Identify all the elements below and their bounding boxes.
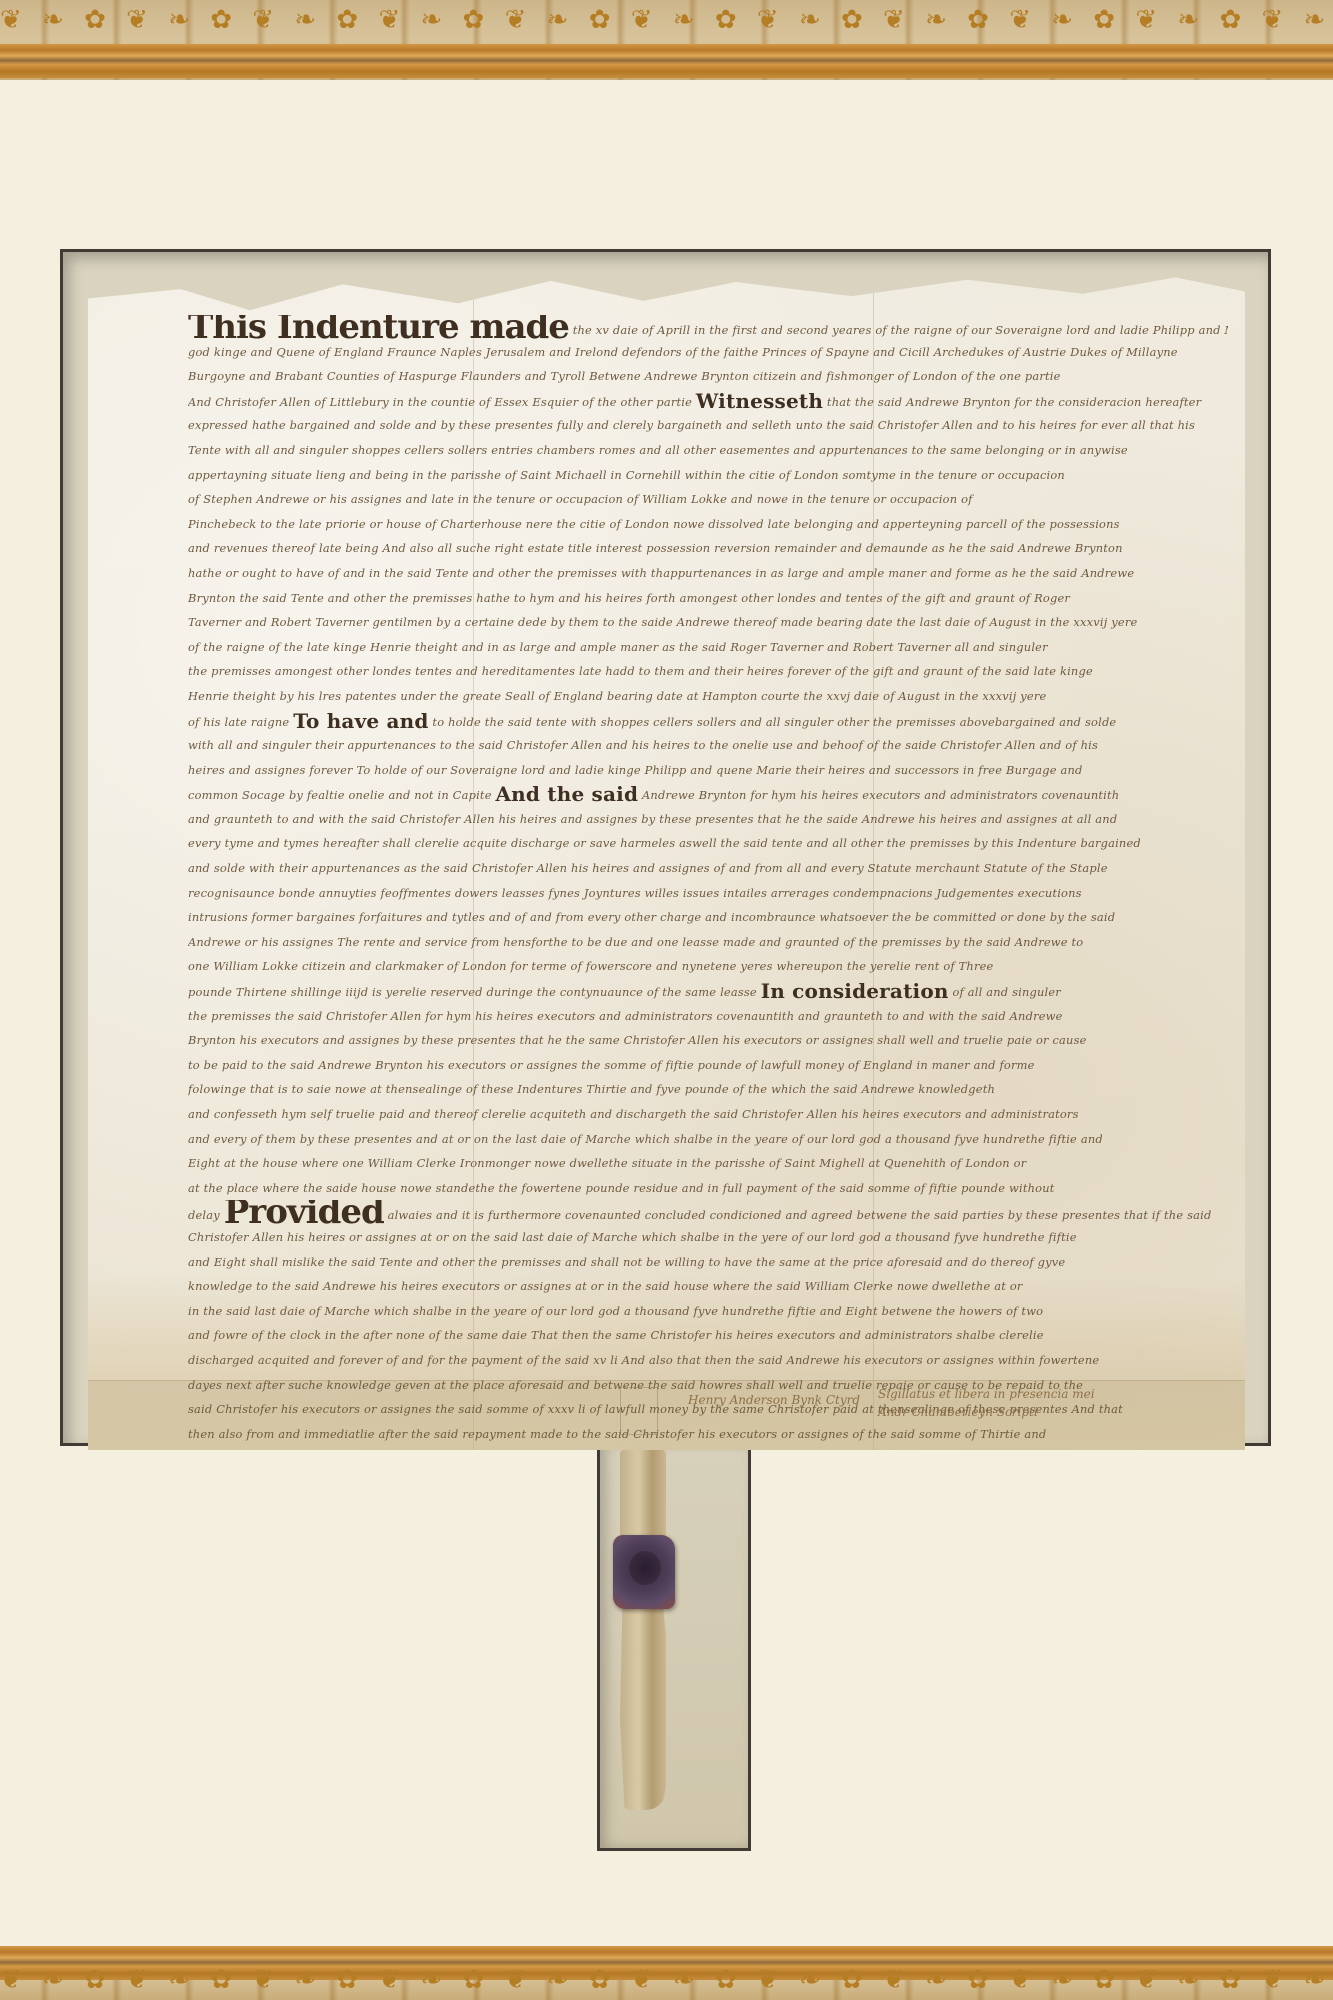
- text-line: delay Provided alwaies and it is further…: [188, 1200, 1228, 1225]
- text-line: god kinge and Quene of England Fraunce N…: [188, 340, 1228, 365]
- frame-moulding-top: [0, 44, 1333, 78]
- text-line: pounde Thirtene shillinge iiijd is yerel…: [188, 979, 1228, 1004]
- text-line: the premisses the said Christofer Allen …: [188, 1004, 1228, 1029]
- text-line: knowledge to the said Andrewe his heires…: [188, 1274, 1228, 1299]
- wax-seal: [613, 1535, 675, 1609]
- gilt-frame-bottom: ❦ ❧ ✿ ❦ ❧ ✿ ❦ ❧ ✿ ❦ ❧ ✿ ❦ ❧ ✿ ❦ ❧ ✿ ❦ ❧ …: [0, 1946, 1333, 2000]
- text-line: at the place where the saide house nowe …: [188, 1176, 1228, 1201]
- text-line: folowinge that is to saie nowe at thense…: [188, 1077, 1228, 1102]
- text-line: heires and assignes forever To holde of …: [188, 758, 1228, 783]
- text-line: This Indenture made the xv daie of April…: [188, 315, 1228, 340]
- text-line: and fowre of the clock in the after none…: [188, 1323, 1228, 1348]
- seal-impression-icon: [629, 1551, 661, 1585]
- text-line: and every of them by these presentes and…: [188, 1127, 1228, 1152]
- heading-to-have: To have and: [293, 709, 428, 733]
- text-line: expressed hathe bargained and solde and …: [188, 413, 1228, 438]
- text-line: Eight at the house where one William Cle…: [188, 1151, 1228, 1176]
- text-line: common Socage by fealtie onelie and not …: [188, 782, 1228, 807]
- heading-provided: Provided: [224, 1200, 384, 1225]
- heading-and-the-said: And the said: [495, 782, 638, 806]
- frame-ornament-top: ❦ ❧ ✿ ❦ ❧ ✿ ❦ ❧ ✿ ❦ ❧ ✿ ❦ ❧ ✿ ❦ ❧ ✿ ❦ ❧ …: [0, 0, 1333, 40]
- text-line: Brynton the said Tente and other the pre…: [188, 586, 1228, 611]
- indenture-parchment: This Indenture made the xv daie of April…: [88, 275, 1245, 1450]
- text-line: Brynton his executors and assignes by th…: [188, 1028, 1228, 1053]
- seal-parchment-tag: [620, 1450, 666, 1810]
- text-line: and graunteth to and with the said Chris…: [188, 807, 1228, 832]
- text-line: and revenues thereof late being And also…: [188, 536, 1228, 561]
- text-line: and Eight shall mislike the said Tente a…: [188, 1250, 1228, 1275]
- text-line: the premisses amongest other londes tent…: [188, 659, 1228, 684]
- text-line: one William Lokke citizein and clarkmake…: [188, 954, 1228, 979]
- text-line: of Stephen Andrewe or his assignes and l…: [188, 487, 1228, 512]
- text-line: of his late raigne To have and to holde …: [188, 709, 1228, 734]
- text-line: appertayning situate lieng and being in …: [188, 463, 1228, 488]
- text-line: Taverner and Robert Taverner gentilmen b…: [188, 610, 1228, 635]
- text-line: And Christofer Allen of Littlebury in th…: [188, 389, 1228, 414]
- text-line: and solde with their appurtenances as th…: [188, 856, 1228, 881]
- text-line: in the said last daie of Marche which sh…: [188, 1299, 1228, 1324]
- text-line: and confesseth hym self truelie paid and…: [188, 1102, 1228, 1127]
- frame-ornament-bottom: ❦ ❧ ✿ ❦ ❧ ✿ ❦ ❧ ✿ ❦ ❧ ✿ ❦ ❧ ✿ ❦ ❧ ✿ ❦ ❧ …: [0, 1960, 1333, 2000]
- text-line: recognisaunce bonde annuyties feoffmente…: [188, 881, 1228, 906]
- heading-in-consideration: In consideration: [761, 979, 949, 1003]
- text-line: Tente with all and singuler shoppes cell…: [188, 438, 1228, 463]
- text-line: with all and singuler their appurtenance…: [188, 733, 1228, 758]
- opening-capitals: This Indenture made: [188, 315, 569, 340]
- endorsement-right: Sigillatus et libera in presencia mei An…: [878, 1385, 1095, 1421]
- text-line: Christofer Allen his heires or assignes …: [188, 1225, 1228, 1250]
- text-line: to be paid to the said Andrewe Brynton h…: [188, 1053, 1228, 1078]
- heading-witnesseth: Witnesseth: [696, 389, 823, 413]
- text-line: Andrewe or his assignes The rente and se…: [188, 930, 1228, 955]
- text-line: Henrie theight by his lres patentes unde…: [188, 684, 1228, 709]
- text-line: every tyme and tymes hereafter shall cle…: [188, 831, 1228, 856]
- text-line: intrusions former bargaines forfaitures …: [188, 905, 1228, 930]
- text-line: hathe or ought to have of and in the sai…: [188, 561, 1228, 586]
- text-line: of the raigne of the late kinge Henrie t…: [188, 635, 1228, 660]
- endorsement-left: Henry Anderson Bynk Ctyrd: [688, 1391, 860, 1409]
- indenture-text: This Indenture made the xv daie of April…: [188, 315, 1228, 1520]
- text-line: then also from and immediatlie after the…: [188, 1422, 1228, 1447]
- text-line: discharged acquited and forever of and f…: [188, 1348, 1228, 1373]
- gilt-frame-top: ❦ ❧ ✿ ❦ ❧ ✿ ❦ ❧ ✿ ❦ ❧ ✿ ❦ ❧ ✿ ❦ ❧ ✿ ❦ ❧ …: [0, 0, 1333, 80]
- text-line: Pinchebeck to the late priorie or house …: [188, 512, 1228, 537]
- text-line: Burgoyne and Brabant Counties of Haspurg…: [188, 364, 1228, 389]
- seal-tag-slot: [620, 1387, 658, 1435]
